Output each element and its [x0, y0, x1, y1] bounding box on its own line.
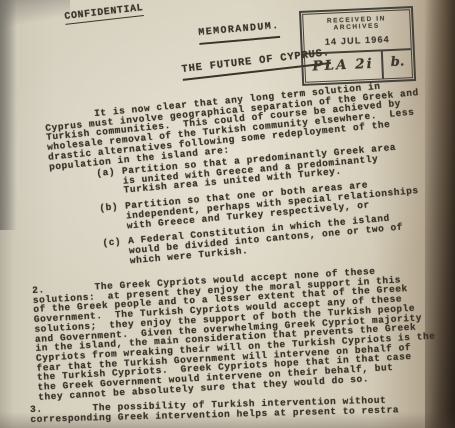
archive-received-stamp: RECEIVED IN ARCHIVES 14 JUL 1964 PLA 2i … — [299, 6, 416, 86]
stamp-date: 14 JUL 1964 — [306, 33, 408, 47]
option-b-label: (b) — [99, 202, 120, 233]
option-c-label: (c) — [102, 237, 123, 268]
paragraph-2: 2. The Greek Cypriots would accept none … — [32, 264, 438, 403]
memo-title: MEMORANDUM. — [198, 21, 281, 45]
stamp-inner-border: RECEIVED IN ARCHIVES 14 JUL 1964 PLA 2i … — [302, 9, 413, 83]
stamp-top-section: RECEIVED IN ARCHIVES 14 JUL 1964 — [303, 10, 411, 53]
stamp-reference-suffix: b. — [381, 50, 412, 78]
option-a-label: (a) — [96, 167, 117, 198]
classification-stamp: CONFIDENTIAL — [64, 3, 144, 25]
photo-left-edge-shadow — [0, 0, 17, 230]
document-photo: CONFIDENTIAL MEMORANDUM. RECEIVED IN ARC… — [0, 0, 455, 428]
photo-top-left-shadow — [0, 0, 70, 26]
